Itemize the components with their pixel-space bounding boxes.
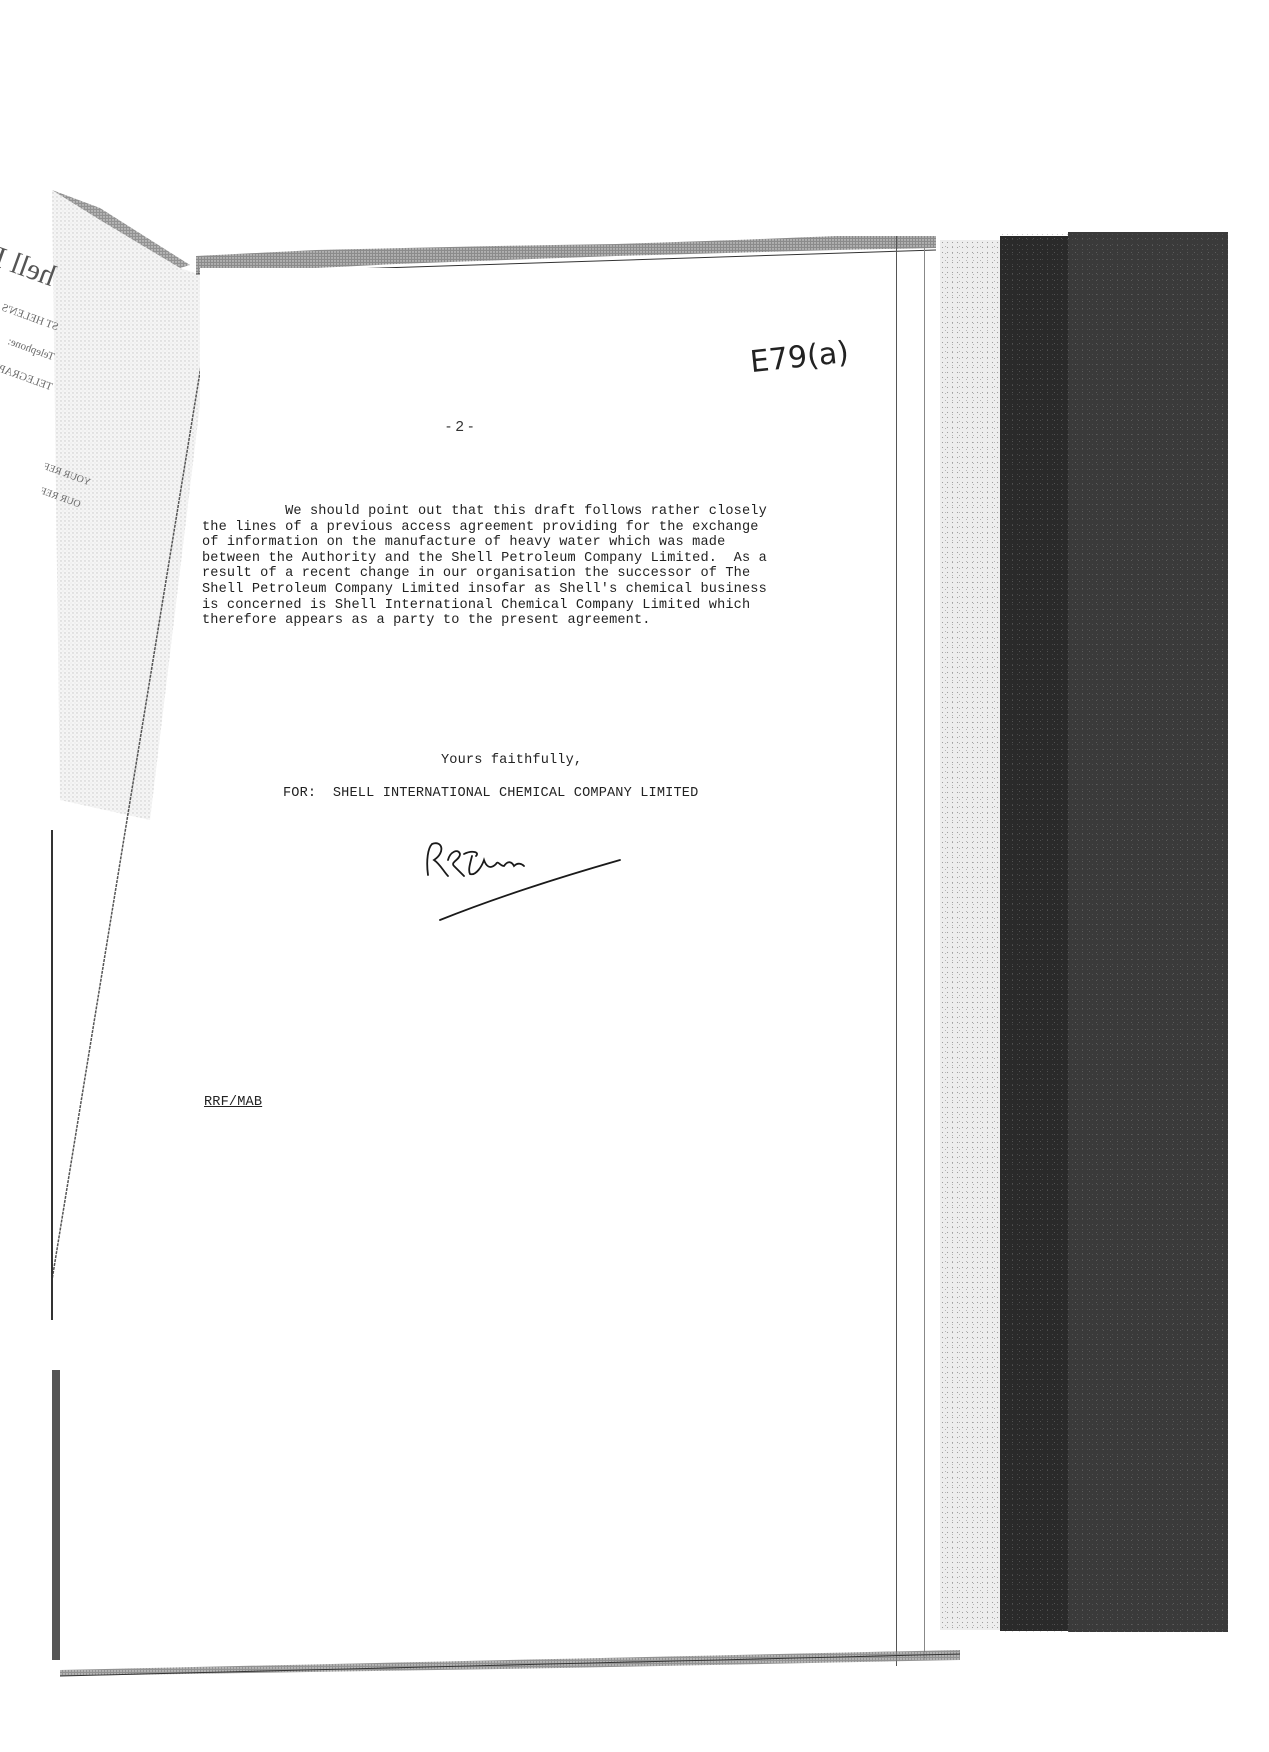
closing-salutation: Yours faithfully, <box>441 753 582 769</box>
document-reference: RRF/MAB <box>204 1095 262 1111</box>
page-stack-line <box>896 236 897 1666</box>
body-line: We should point out that this draft foll… <box>202 504 767 520</box>
page-stack-line-2 <box>924 240 925 1660</box>
body-line: the lines of a previous access agreement… <box>202 520 767 536</box>
page-bottom-edge <box>60 1640 960 1680</box>
body-line: result of a recent change in our organis… <box>202 566 767 582</box>
body-line: is concerned is Shell International Chem… <box>202 598 767 614</box>
letter-page <box>200 268 940 1668</box>
body-line: Shell Petroleum Company Limited insofar … <box>202 582 767 598</box>
handwritten-signature: RRTerner <box>420 830 640 930</box>
body-line: between the Authority and the Shell Petr… <box>202 551 767 567</box>
signatory-company: FOR: SHELL INTERNATIONAL CHEMICAL COMPAN… <box>283 786 698 802</box>
body-paragraph: We should point out that this draft foll… <box>202 504 767 629</box>
body-line: therefore appears as a party to the pres… <box>202 613 767 629</box>
left-folded-sheets <box>52 1370 60 1660</box>
binder-texture <box>1000 232 1228 1632</box>
body-line: of information on the manufacture of hea… <box>202 535 767 551</box>
page-number: - 2 - <box>446 419 473 435</box>
